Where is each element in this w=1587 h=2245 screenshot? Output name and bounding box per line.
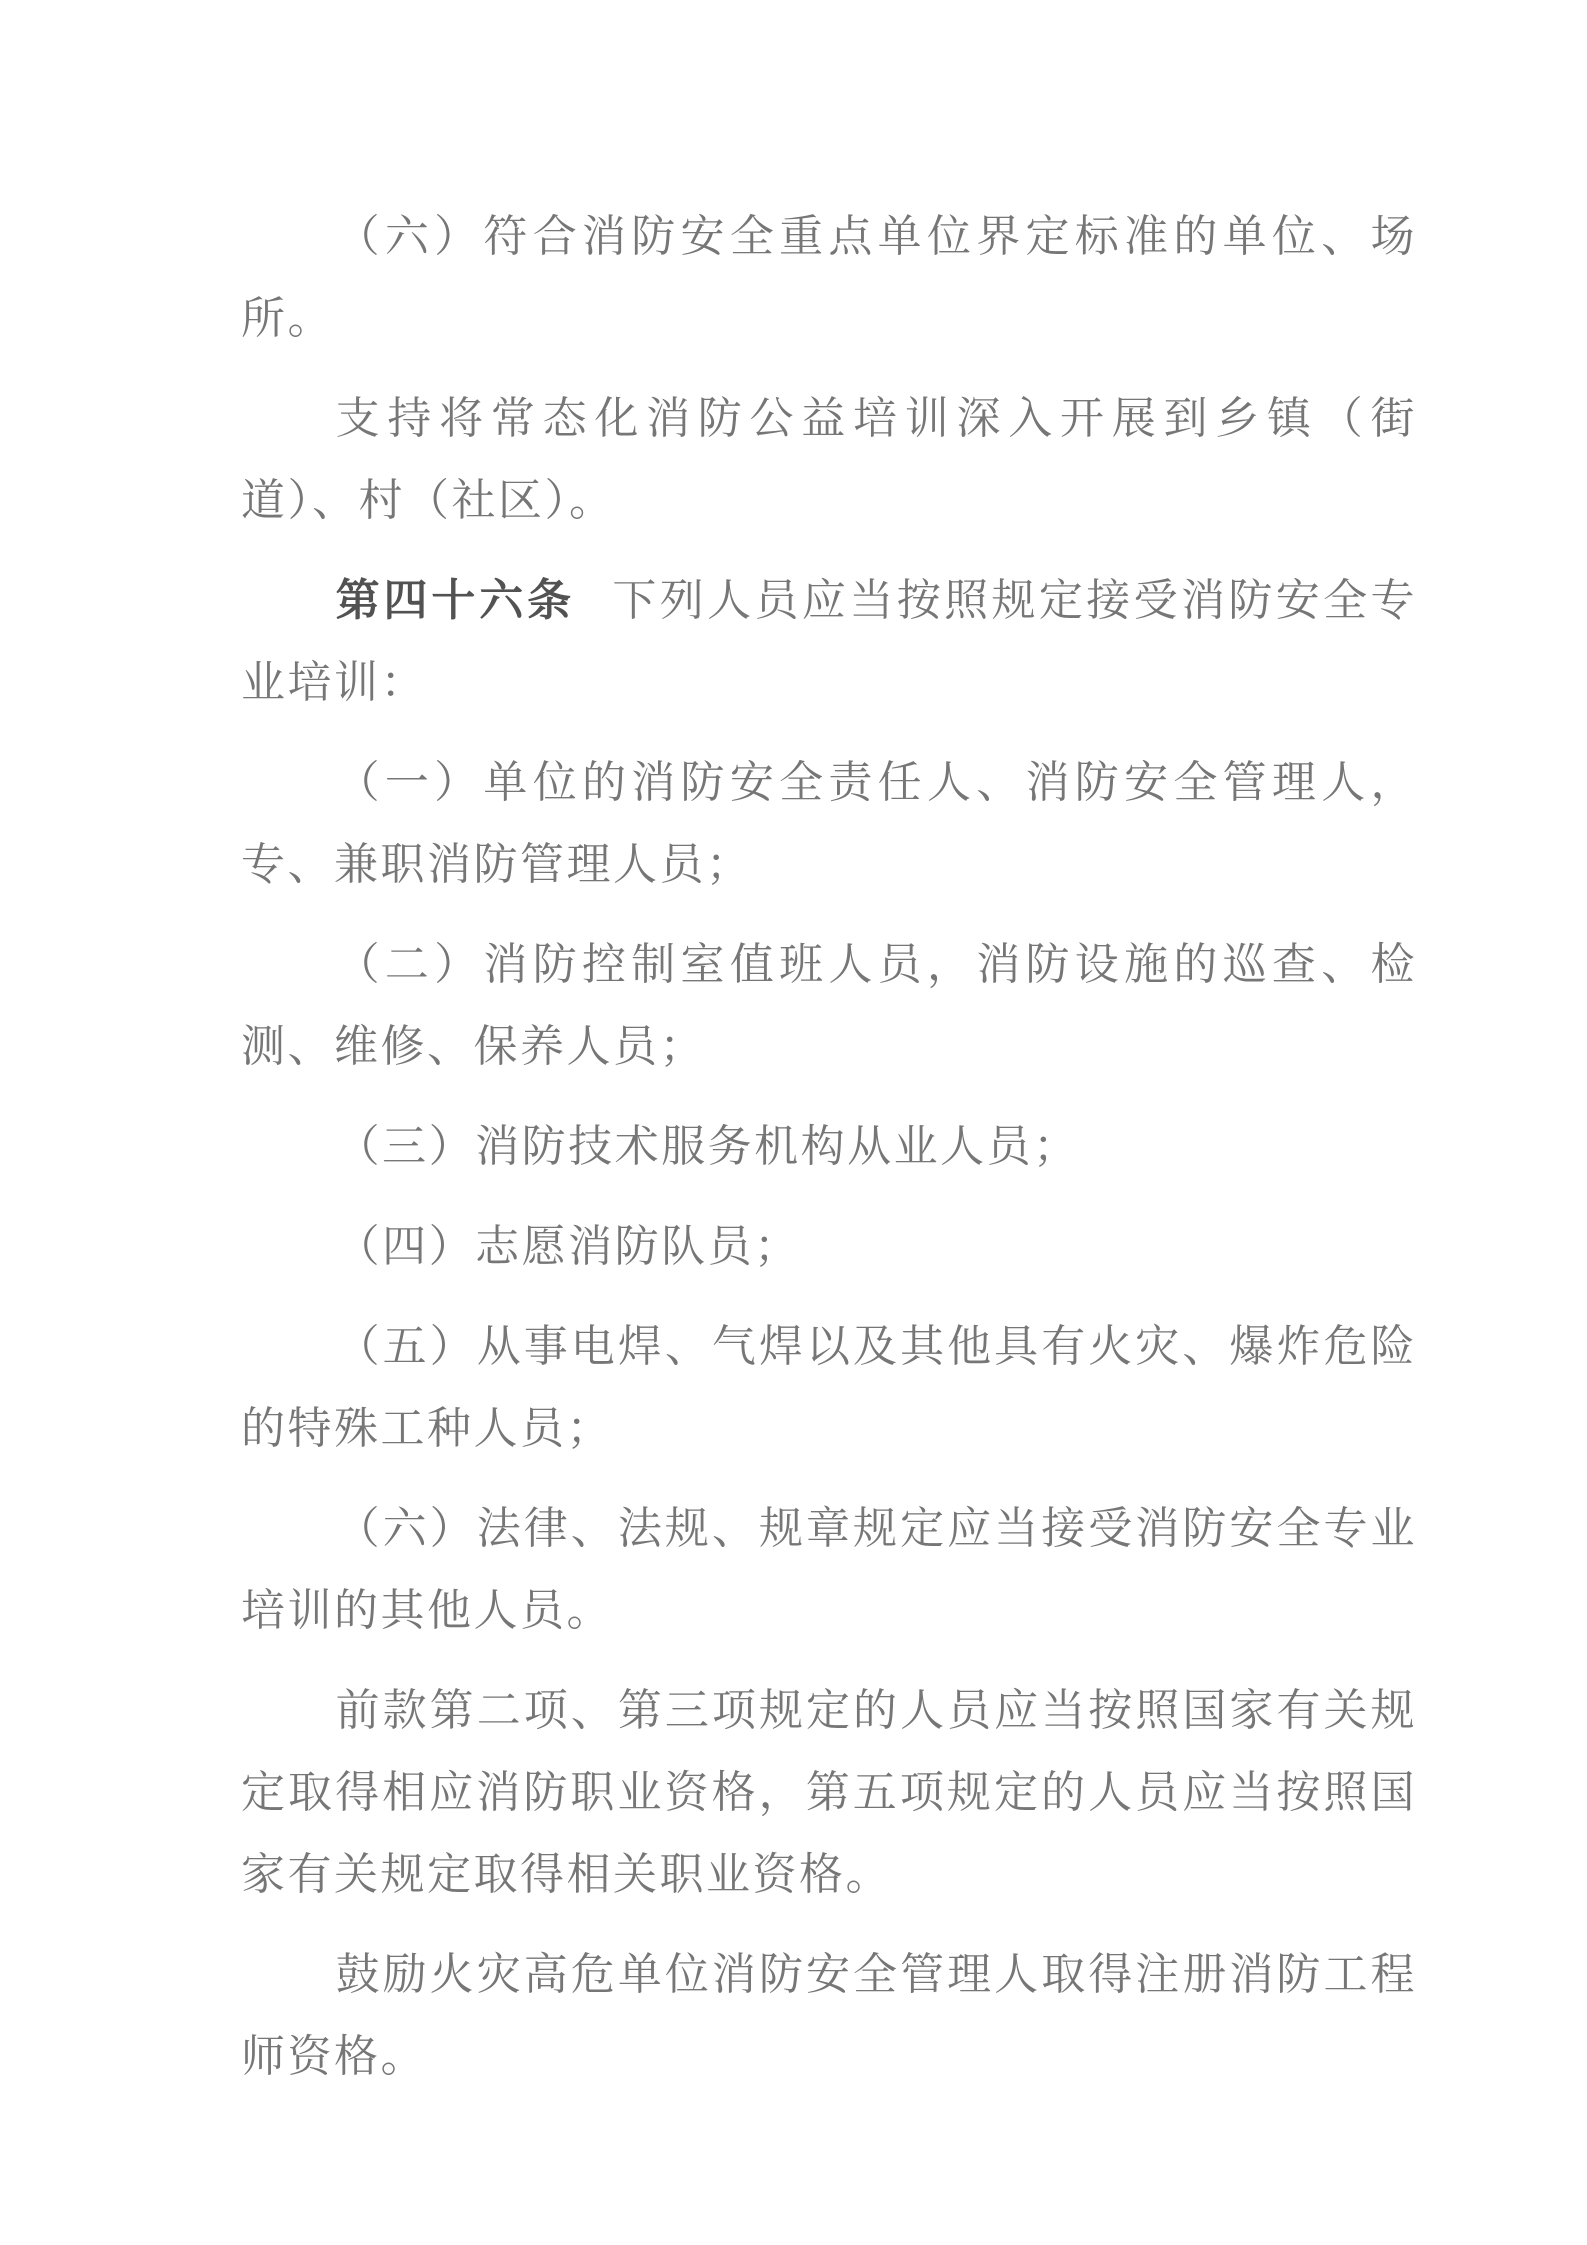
- encourage-registered-engineer-paragraph: 鼓励火灾高危单位消防安全管理人取得注册消防工程师资格。: [241, 1934, 1417, 2098]
- item-two-control-room-staff: （二）消防控制室值班人员，消防设施的巡查、检测、维修、保养人员；: [241, 924, 1417, 1088]
- item-five-special-trade-workers: （五）从事电焊、气焊以及其他具有火灾、爆炸危险的特殊工种人员；: [241, 1306, 1417, 1470]
- qualification-requirement-paragraph: 前款第二项、第三项规定的人员应当按照国家有关规定取得相应消防职业资格，第五项规定…: [241, 1670, 1417, 1916]
- item-four-volunteer-firefighters: （四）志愿消防队员；: [241, 1206, 1417, 1288]
- document-page: （六）符合消防安全重点单位界定标准的单位、场所。 支持将常态化消防公益培训深入开…: [0, 0, 1587, 2245]
- item-three-technical-service-staff: （三）消防技术服务机构从业人员；: [241, 1106, 1417, 1188]
- item-one-responsible-persons: （一）单位的消防安全责任人、消防安全管理人，专、兼职消防管理人员；: [241, 742, 1417, 906]
- support-training-paragraph: 支持将常态化消防公益培训深入开展到乡镇（街道）、村（社区）。: [241, 378, 1417, 542]
- item-six-other-personnel: （六）法律、法规、规章规定应当接受消防安全专业培训的其他人员。: [241, 1488, 1417, 1652]
- article-46-number: 第四十六条: [336, 575, 575, 626]
- item-six-reference-units: （六）符合消防安全重点单位界定标准的单位、场所。: [241, 196, 1417, 360]
- article-46-paragraph: 第四十六条下列人员应当按照规定接受消防安全专业培训：: [241, 560, 1417, 724]
